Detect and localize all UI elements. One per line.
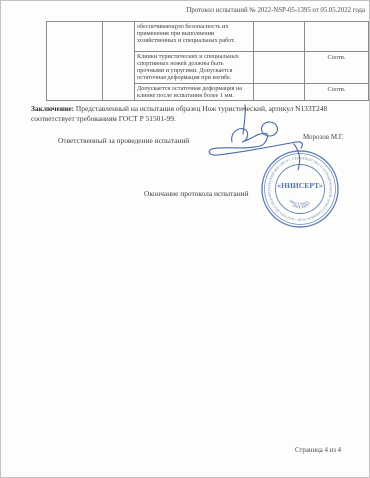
page-number: Страница 4 из 4 bbox=[295, 447, 341, 454]
ending-line: Окончание протокола испытаний bbox=[144, 189, 249, 198]
table-cell-requirement: Допускается остаточная деформация на кли… bbox=[135, 84, 254, 101]
responsible-name: Морозов М.Г. bbox=[303, 133, 344, 141]
table-cell-result: Соотв. bbox=[305, 84, 369, 101]
table-cell-middle bbox=[254, 52, 305, 84]
table-cell-blank-1 bbox=[47, 22, 103, 101]
table-row: обеспечивающую безопасность их применени… bbox=[47, 22, 369, 52]
responsible-label: Ответственный за проведение испытаний bbox=[58, 136, 189, 145]
niisert-stamp: ОБЩЕСТВО С ОГРАНИЧЕННОЙ ОТВЕТСТВЕННОСТЬЮ… bbox=[259, 148, 341, 230]
document-header: Протокол испытаний № 2022-NSP-05-1395 от… bbox=[187, 7, 365, 14]
table-cell-blank-2 bbox=[103, 22, 135, 101]
table-cell-requirement: обеспечивающую безопасность их применени… bbox=[135, 22, 254, 52]
requirements-table: обеспечивающую безопасность их применени… bbox=[46, 21, 369, 101]
table-cell-result: Соотв. bbox=[305, 52, 369, 84]
table-cell-requirement: Клинки туристических и специальных спорт… bbox=[135, 52, 254, 84]
table-cell-result bbox=[305, 22, 369, 52]
conclusion-label: Заключение: bbox=[31, 104, 74, 113]
stamp-center-text: «НИИСЕРТ» bbox=[277, 181, 323, 190]
table-cell-middle bbox=[254, 84, 305, 101]
table-cell-middle bbox=[254, 22, 305, 52]
document-page: Протокол испытаний № 2022-NSP-05-1395 от… bbox=[0, 0, 370, 478]
